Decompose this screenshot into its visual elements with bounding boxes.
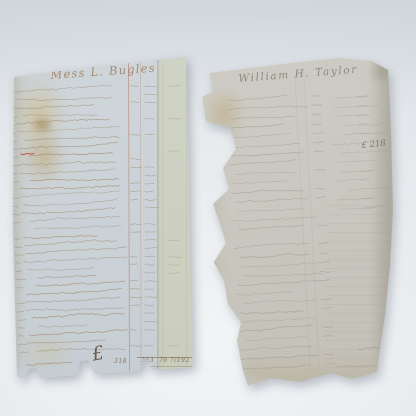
footer-total: 363 <box>141 357 154 364</box>
left-handwriting-layer <box>0 0 416 416</box>
edge-stain <box>245 352 377 384</box>
left-document-shadow: Mess L. Bugles £ 318 363 76 7/192 <box>0 0 416 416</box>
attached-sheet-edge <box>157 57 192 369</box>
right-ledger-document: William H. Taylor £ 218 <box>0 0 416 416</box>
footer-total: 7/192 <box>170 357 190 364</box>
stain-patch <box>30 116 54 134</box>
footer-total: 76 <box>159 357 168 364</box>
total-rule-line <box>150 366 192 367</box>
stain-patch <box>20 128 68 186</box>
stain-patch <box>14 328 76 374</box>
pound-flourish: £ <box>90 342 106 366</box>
pencil-annotation: £ 218 <box>361 138 386 150</box>
stain-patch <box>12 80 66 152</box>
total-rule-line <box>137 357 192 358</box>
right-document-title: William H. Taylor <box>238 64 358 85</box>
edge-stain <box>12 70 24 370</box>
right-handwriting-layer <box>0 0 416 416</box>
footer-total: 318 <box>114 358 127 365</box>
left-document-title: Mess L. Bugles <box>50 61 156 82</box>
left-ledger-document: Mess L. Bugles £ 318 363 76 7/192 <box>0 0 416 416</box>
stain-patch <box>203 86 245 142</box>
right-document-shadow: William H. Taylor £ 218 <box>0 0 416 416</box>
corner-fold-shadow <box>368 58 394 84</box>
ledger-ruling <box>325 205 391 373</box>
photo-backdrop: Mess L. Bugles £ 318 363 76 7/192 Willia… <box>0 0 416 416</box>
dark-speck <box>210 262 215 270</box>
edge-stain <box>204 140 224 325</box>
dark-speck <box>207 296 211 302</box>
curl-shadow <box>373 62 393 362</box>
